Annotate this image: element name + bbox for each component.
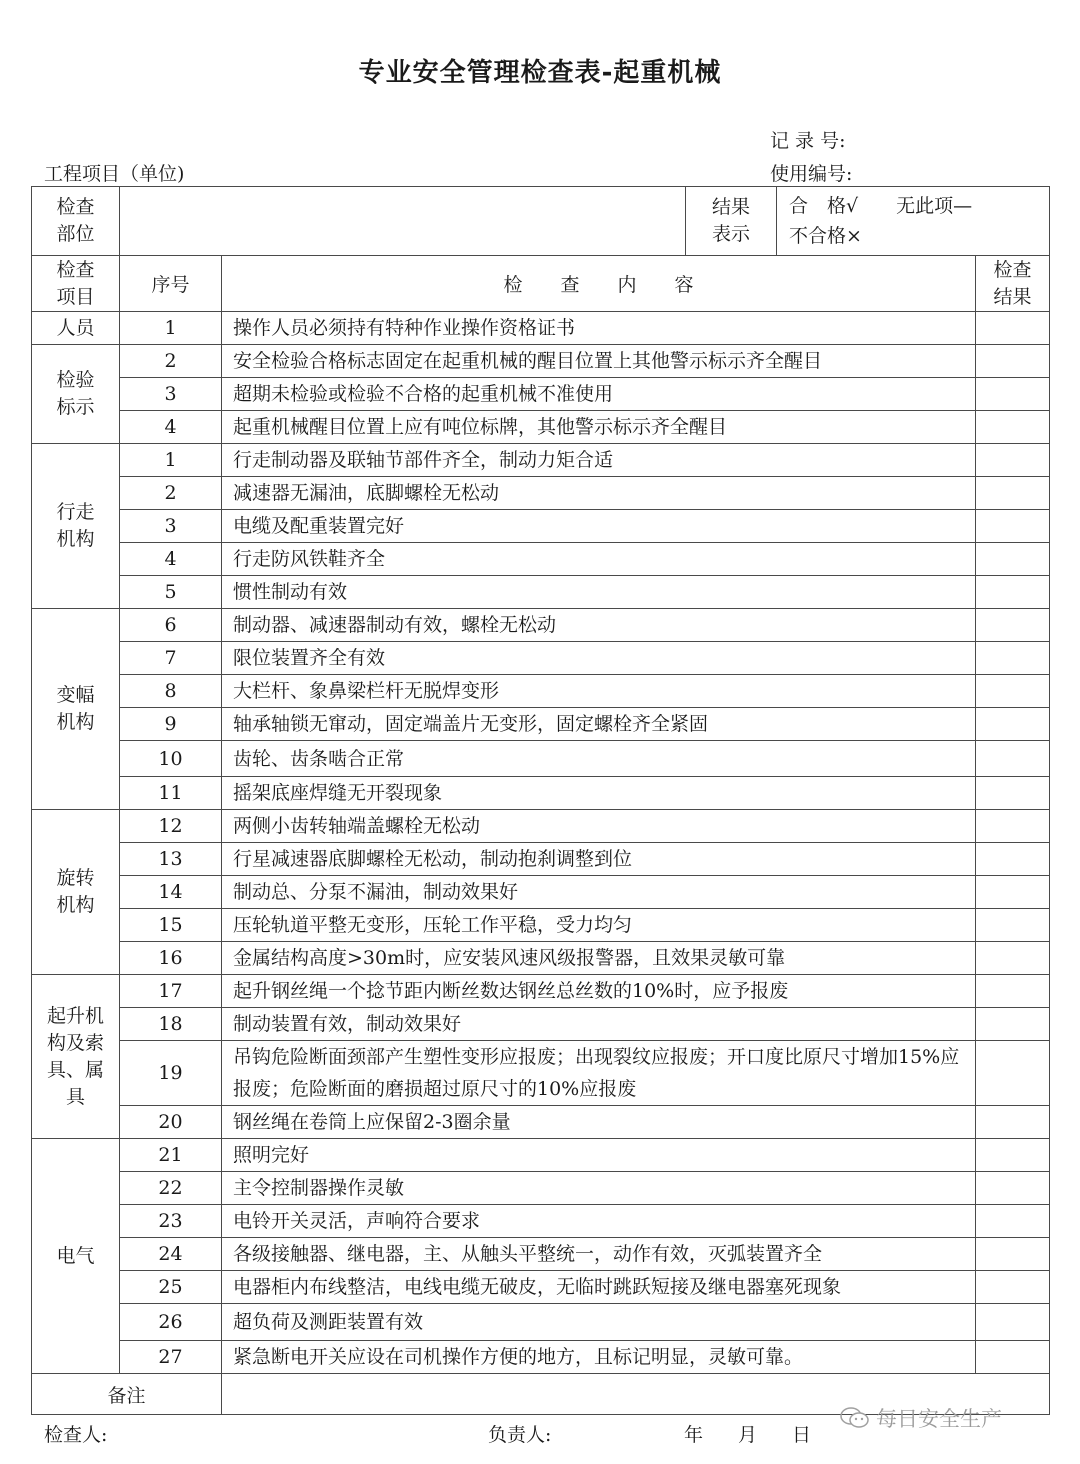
category-label: 旋转机构 bbox=[54, 865, 98, 919]
category-cell: 变幅机构 bbox=[32, 609, 120, 810]
seq-cell: 13 bbox=[120, 843, 222, 876]
result-cell[interactable] bbox=[976, 942, 1050, 975]
result-legend-label-text: 结果表示 bbox=[709, 194, 753, 248]
result-cell[interactable] bbox=[976, 510, 1050, 543]
table-row: 25电器柜内布线整洁，电线电缆无破皮，无临时跳跃短接及继电器塞死现象 bbox=[32, 1271, 1050, 1304]
content-cell: 两侧小齿转轴端盖螺栓无松动 bbox=[222, 810, 976, 843]
content-cell: 电铃开关灵活，声响符合要求 bbox=[222, 1205, 976, 1238]
table-row: 电气21照明完好 bbox=[32, 1139, 1050, 1172]
result-cell[interactable] bbox=[976, 708, 1050, 741]
seq-cell: 19 bbox=[120, 1041, 222, 1106]
table-row: 3超期未检验或检验不合格的起重机械不准使用 bbox=[32, 378, 1050, 411]
content-cell: 减速器无漏油，底脚螺栓无松动 bbox=[222, 477, 976, 510]
table-row: 24各级接触器、继电器，主、从触头平整统一，动作有效，灭弧装置齐全 bbox=[32, 1238, 1050, 1271]
seq-cell: 4 bbox=[120, 411, 222, 444]
header-content: 检 查 内 容 bbox=[222, 256, 976, 312]
content-cell: 限位装置齐全有效 bbox=[222, 642, 976, 675]
seq-cell: 1 bbox=[120, 444, 222, 477]
result-cell[interactable] bbox=[976, 777, 1050, 810]
seq-cell: 4 bbox=[120, 543, 222, 576]
result-cell[interactable] bbox=[976, 477, 1050, 510]
wechat-icon bbox=[840, 1406, 870, 1430]
table-row: 5惯性制动有效 bbox=[32, 576, 1050, 609]
seq-cell: 1 bbox=[120, 312, 222, 345]
table-row: 人员1操作人员必须持有特种作业操作资格证书 bbox=[32, 312, 1050, 345]
result-legend-label: 结果表示 bbox=[686, 187, 777, 256]
seq-cell: 22 bbox=[120, 1172, 222, 1205]
seq-cell: 24 bbox=[120, 1238, 222, 1271]
header-result-text: 检查结果 bbox=[991, 257, 1035, 311]
seq-cell: 27 bbox=[120, 1341, 222, 1374]
content-cell: 照明完好 bbox=[222, 1139, 976, 1172]
inspector-label: 检查人: bbox=[44, 1420, 107, 1447]
table-row: 14制动总、分泵不漏油，制动效果好 bbox=[32, 876, 1050, 909]
category-label: 人员 bbox=[54, 315, 98, 342]
content-cell: 各级接触器、继电器，主、从触头平整统一，动作有效，灭弧装置齐全 bbox=[222, 1238, 976, 1271]
table-row: 22主令控制器操作灵敏 bbox=[32, 1172, 1050, 1205]
seq-cell: 10 bbox=[120, 741, 222, 777]
table-row: 15压轮轨道平整无变形，压轮工作平稳，受力均匀 bbox=[32, 909, 1050, 942]
table-row: 16金属结构高度>30m时，应安装风速风级报警器，且效果灵敏可靠 bbox=[32, 942, 1050, 975]
table-row: 7限位装置齐全有效 bbox=[32, 642, 1050, 675]
seq-cell: 2 bbox=[120, 477, 222, 510]
header-category-text: 检查项目 bbox=[54, 257, 98, 311]
content-cell: 压轮轨道平整无变形，压轮工作平稳，受力均匀 bbox=[222, 909, 976, 942]
table-row: 26超负荷及测距装置有效 bbox=[32, 1304, 1050, 1341]
content-cell: 超期未检验或检验不合格的起重机械不准使用 bbox=[222, 378, 976, 411]
seq-cell: 2 bbox=[120, 345, 222, 378]
result-cell[interactable] bbox=[976, 642, 1050, 675]
inspection-table: 检查部位 结果表示 合 格√ 无此项— 不合格× 检查项目 序号 检 查 内 容… bbox=[31, 186, 1050, 1415]
content-cell: 吊钩危险断面颈部产生塑性变形应报废；出现裂纹应报废；开口度比原尺寸增加15%应报… bbox=[222, 1041, 976, 1106]
content-cell: 电器柜内布线整洁，电线电缆无破皮，无临时跳跃短接及继电器塞死现象 bbox=[222, 1271, 976, 1304]
table-row: 27紧急断电开关应设在司机操作方便的地方，且标记明显，灵敏可靠。 bbox=[32, 1341, 1050, 1374]
result-cell[interactable] bbox=[976, 411, 1050, 444]
result-cell[interactable] bbox=[976, 1139, 1050, 1172]
date-day: 日 bbox=[792, 1420, 811, 1447]
use-no-label: 使用编号: bbox=[770, 159, 852, 186]
project-label: 工程项目（单位) bbox=[44, 159, 184, 186]
seq-cell: 17 bbox=[120, 975, 222, 1008]
result-cell[interactable] bbox=[976, 345, 1050, 378]
category-label: 电气 bbox=[54, 1243, 98, 1270]
date-month: 月 bbox=[738, 1420, 757, 1447]
result-cell[interactable] bbox=[976, 876, 1050, 909]
result-cell[interactable] bbox=[976, 1041, 1050, 1106]
seq-cell: 7 bbox=[120, 642, 222, 675]
seq-cell: 16 bbox=[120, 942, 222, 975]
content-cell: 操作人员必须持有特种作业操作资格证书 bbox=[222, 312, 976, 345]
table-row: 8大栏杆、象鼻梁栏杆无脱焊变形 bbox=[32, 675, 1050, 708]
seq-cell: 25 bbox=[120, 1271, 222, 1304]
table-row: 10齿轮、齿条啮合正常 bbox=[32, 741, 1050, 777]
content-cell: 摇架底座焊缝无开裂现象 bbox=[222, 777, 976, 810]
category-cell: 电气 bbox=[32, 1139, 120, 1374]
content-cell: 主令控制器操作灵敏 bbox=[222, 1172, 976, 1205]
table-row: 4起重机械醒目位置上应有吨位标牌，其他警示标示齐全醒目 bbox=[32, 411, 1050, 444]
result-legend: 合 格√ 无此项— 不合格× bbox=[777, 187, 1050, 256]
result-cell[interactable] bbox=[976, 312, 1050, 345]
result-cell[interactable] bbox=[976, 1271, 1050, 1304]
watermark: 每日安全生产 bbox=[840, 1403, 1002, 1433]
remarks-label: 备注 bbox=[32, 1374, 222, 1415]
content-cell: 制动总、分泵不漏油，制动效果好 bbox=[222, 876, 976, 909]
result-cell[interactable] bbox=[976, 1008, 1050, 1041]
seq-cell: 3 bbox=[120, 510, 222, 543]
result-cell[interactable] bbox=[976, 810, 1050, 843]
result-cell[interactable] bbox=[976, 1238, 1050, 1271]
header-category: 检查项目 bbox=[32, 256, 120, 312]
page-title: 专业安全管理检查表-起重机械 bbox=[0, 52, 1080, 89]
content-cell: 起升钢丝绳一个捻节距内断丝数达钢丝总丝数的10%时，应予报废 bbox=[222, 975, 976, 1008]
seq-cell: 5 bbox=[120, 576, 222, 609]
result-cell[interactable] bbox=[976, 909, 1050, 942]
result-cell[interactable] bbox=[976, 675, 1050, 708]
table-row: 9轴承轴锁无窜动，固定端盖片无变形，固定螺栓齐全紧固 bbox=[32, 708, 1050, 741]
seq-cell: 15 bbox=[120, 909, 222, 942]
table-row: 3电缆及配重装置完好 bbox=[32, 510, 1050, 543]
table-row: 13行星减速器底脚螺栓无松动，制动抱刹调整到位 bbox=[32, 843, 1050, 876]
table-row: 19吊钩危险断面颈部产生塑性变形应报废；出现裂纹应报废；开口度比原尺寸增加15%… bbox=[32, 1041, 1050, 1106]
table-row: 2减速器无漏油，底脚螺栓无松动 bbox=[32, 477, 1050, 510]
result-cell[interactable] bbox=[976, 843, 1050, 876]
category-label: 检验标示 bbox=[54, 367, 98, 421]
table-row: 行走机构1行走制动器及联轴节部件齐全，制动力矩合适 bbox=[32, 444, 1050, 477]
location-field[interactable] bbox=[120, 187, 686, 256]
location-label: 检查部位 bbox=[32, 187, 120, 256]
result-cell[interactable] bbox=[976, 1205, 1050, 1238]
category-cell: 检验标示 bbox=[32, 345, 120, 444]
content-cell: 制动器、减速器制动有效，螺栓无松动 bbox=[222, 609, 976, 642]
table-row: 变幅机构6制动器、减速器制动有效，螺栓无松动 bbox=[32, 609, 1050, 642]
content-cell: 惯性制动有效 bbox=[222, 576, 976, 609]
content-cell: 大栏杆、象鼻梁栏杆无脱焊变形 bbox=[222, 675, 976, 708]
category-label: 起升机构及索具、属具 bbox=[43, 1003, 109, 1111]
result-cell[interactable] bbox=[976, 1106, 1050, 1139]
seq-cell: 6 bbox=[120, 609, 222, 642]
content-cell: 行星减速器底脚螺栓无松动，制动抱刹调整到位 bbox=[222, 843, 976, 876]
seq-cell: 14 bbox=[120, 876, 222, 909]
content-cell: 行走制动器及联轴节部件齐全，制动力矩合适 bbox=[222, 444, 976, 477]
table-row: 起升机构及索具、属具17起升钢丝绳一个捻节距内断丝数达钢丝总丝数的10%时，应予… bbox=[32, 975, 1050, 1008]
result-cell[interactable] bbox=[976, 609, 1050, 642]
table-row: 18制动装置有效，制动效果好 bbox=[32, 1008, 1050, 1041]
content-cell: 起重机械醒目位置上应有吨位标牌，其他警示标示齐全醒目 bbox=[222, 411, 976, 444]
location-label-text: 检查部位 bbox=[54, 194, 98, 248]
date-year: 年 bbox=[684, 1420, 703, 1447]
table-row: 23电铃开关灵活，声响符合要求 bbox=[32, 1205, 1050, 1238]
content-cell: 轴承轴锁无窜动，固定端盖片无变形，固定螺栓齐全紧固 bbox=[222, 708, 976, 741]
content-cell: 紧急断电开关应设在司机操作方便的地方，且标记明显，灵敏可靠。 bbox=[222, 1341, 976, 1374]
seq-cell: 20 bbox=[120, 1106, 222, 1139]
result-cell[interactable] bbox=[976, 1341, 1050, 1374]
table-row: 检验标示2安全检验合格标志固定在起重机械的醒目位置上其他警示标示齐全醒目 bbox=[32, 345, 1050, 378]
result-cell[interactable] bbox=[976, 975, 1050, 1008]
content-cell: 金属结构高度>30m时，应安装风速风级报警器，且效果灵敏可靠 bbox=[222, 942, 976, 975]
seq-cell: 8 bbox=[120, 675, 222, 708]
result-cell[interactable] bbox=[976, 444, 1050, 477]
seq-cell: 18 bbox=[120, 1008, 222, 1041]
table-row: 旋转机构12两侧小齿转轴端盖螺栓无松动 bbox=[32, 810, 1050, 843]
result-cell[interactable] bbox=[976, 543, 1050, 576]
seq-cell: 3 bbox=[120, 378, 222, 411]
result-cell[interactable] bbox=[976, 1304, 1050, 1341]
result-cell[interactable] bbox=[976, 741, 1050, 777]
record-no-label: 记 录 号: bbox=[770, 126, 845, 153]
seq-cell: 23 bbox=[120, 1205, 222, 1238]
top-row: 检查部位 结果表示 合 格√ 无此项— 不合格× bbox=[32, 187, 1050, 256]
table-row: 4行走防风铁鞋齐全 bbox=[32, 543, 1050, 576]
content-cell: 电缆及配重装置完好 bbox=[222, 510, 976, 543]
seq-cell: 21 bbox=[120, 1139, 222, 1172]
content-cell: 制动装置有效，制动效果好 bbox=[222, 1008, 976, 1041]
header-row: 检查项目 序号 检 查 内 容 检查结果 bbox=[32, 256, 1050, 312]
content-cell: 行走防风铁鞋齐全 bbox=[222, 543, 976, 576]
seq-cell: 11 bbox=[120, 777, 222, 810]
legend-line-2: 不合格× bbox=[789, 221, 1049, 251]
seq-cell: 12 bbox=[120, 810, 222, 843]
header-result: 检查结果 bbox=[976, 256, 1050, 312]
content-cell: 安全检验合格标志固定在起重机械的醒目位置上其他警示标示齐全醒目 bbox=[222, 345, 976, 378]
category-label: 行走机构 bbox=[54, 499, 98, 553]
content-cell: 钢丝绳在卷筒上应保留2-3圈余量 bbox=[222, 1106, 976, 1139]
content-cell: 齿轮、齿条啮合正常 bbox=[222, 741, 976, 777]
seq-cell: 9 bbox=[120, 708, 222, 741]
category-label: 变幅机构 bbox=[54, 682, 98, 736]
seq-cell: 26 bbox=[120, 1304, 222, 1341]
result-cell[interactable] bbox=[976, 378, 1050, 411]
result-cell[interactable] bbox=[976, 1172, 1050, 1205]
watermark-text: 每日安全生产 bbox=[876, 1403, 1002, 1433]
category-cell: 行走机构 bbox=[32, 444, 120, 609]
responsible-label: 负责人: bbox=[488, 1420, 551, 1447]
category-cell: 人员 bbox=[32, 312, 120, 345]
category-cell: 起升机构及索具、属具 bbox=[32, 975, 120, 1139]
result-cell[interactable] bbox=[976, 576, 1050, 609]
legend-line-1: 合 格√ 无此项— bbox=[789, 191, 1049, 221]
table-row: 20钢丝绳在卷筒上应保留2-3圈余量 bbox=[32, 1106, 1050, 1139]
header-seq: 序号 bbox=[120, 256, 222, 312]
category-cell: 旋转机构 bbox=[32, 810, 120, 975]
content-cell: 超负荷及测距装置有效 bbox=[222, 1304, 976, 1341]
table-row: 11摇架底座焊缝无开裂现象 bbox=[32, 777, 1050, 810]
